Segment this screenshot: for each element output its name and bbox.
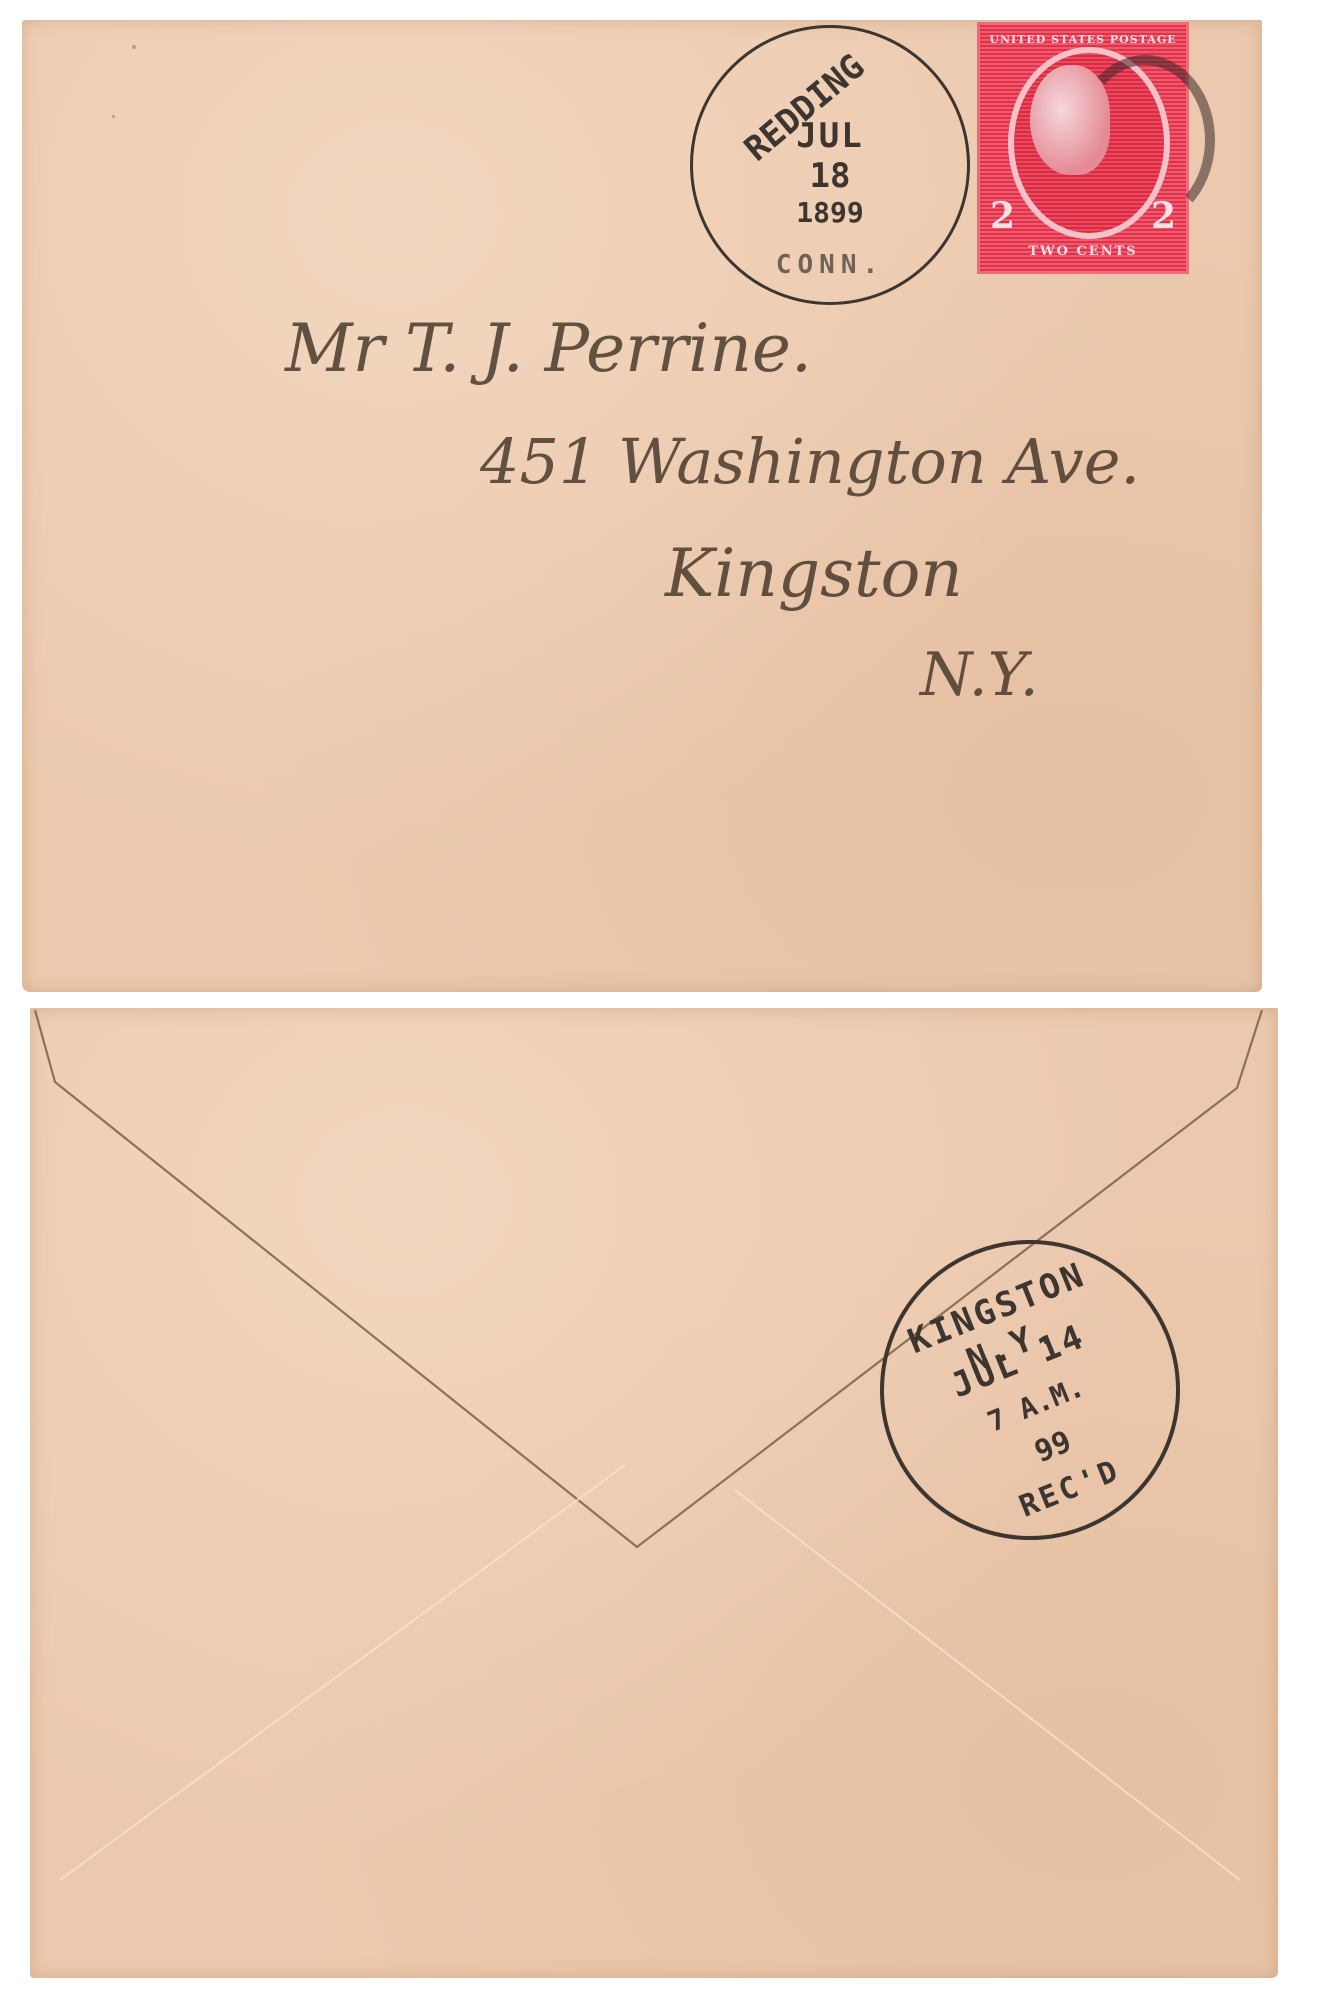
envelope-flap-lines (0, 0, 1317, 2001)
